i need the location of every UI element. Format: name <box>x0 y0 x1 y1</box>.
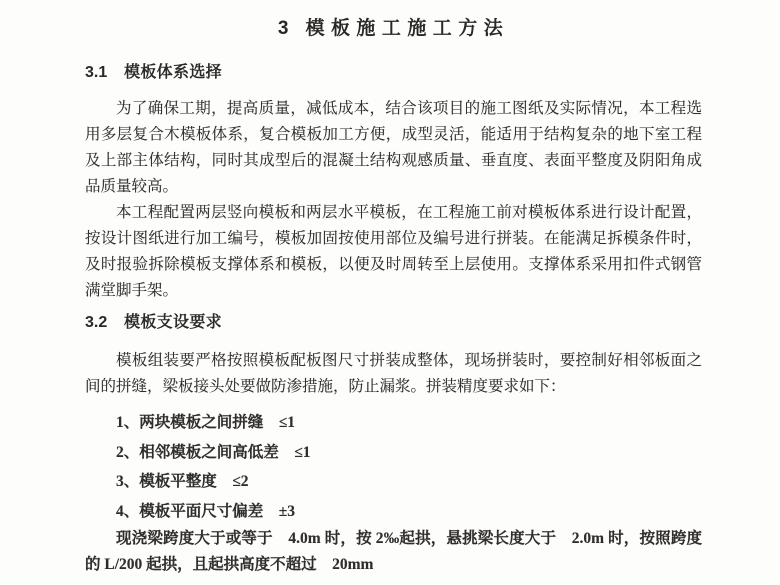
accuracy-requirements-list: 1、两块模板之间拼缝 ≤1 2、相邻模板之间高低差 ≤1 3、模板平整度 ≤2 … <box>85 408 702 526</box>
section-heading-3-2: 3.2模板支设要求 <box>85 312 702 334</box>
para-camber-requirements: 现浇梁跨度大于或等于 4.0m 时，按 2‰起拱，悬挑梁长度大于 2.0m 时，… <box>85 526 702 578</box>
para-formwork-system-2: 本工程配置两层竖向模板和两层水平模板，在工程施工前对模板体系进行设计配置，按设计… <box>85 200 702 304</box>
section-3-1-label: 模板体系选择 <box>124 64 222 81</box>
section-3-2-number: 3.2 <box>85 314 107 331</box>
doc-title: 3模板施工施工方法 <box>85 16 702 42</box>
requirement-item-3: 3、模板平整度 ≤2 <box>85 467 702 497</box>
requirement-item-1: 1、两块模板之间拼缝 ≤1 <box>85 408 702 438</box>
section-3-2-label: 模板支设要求 <box>124 314 222 331</box>
document-page: 3模板施工施工方法 3.1模板体系选择 为了确保工期，提高质量，减低成本，结合该… <box>0 0 780 585</box>
section-heading-3-1: 3.1模板体系选择 <box>85 62 702 84</box>
doc-title-number: 3 <box>278 18 289 39</box>
section-3-1-number: 3.1 <box>85 64 107 81</box>
doc-title-text: 模板施工施工方法 <box>305 18 509 39</box>
requirement-item-2: 2、相邻模板之间高低差 ≤1 <box>85 438 702 468</box>
para-formwork-system-1: 为了确保工期，提高质量，减低成本，结合该项目的施工图纸及实际情况，本工程选用多层… <box>85 96 702 200</box>
para-assembly-requirements: 模板组装要严格按照模板配板图尺寸拼装成整体，现场拼装时，要控制好相邻板面之间的拼… <box>85 348 702 400</box>
requirement-item-4: 4、模板平面尺寸偏差 ±3 <box>85 497 702 527</box>
